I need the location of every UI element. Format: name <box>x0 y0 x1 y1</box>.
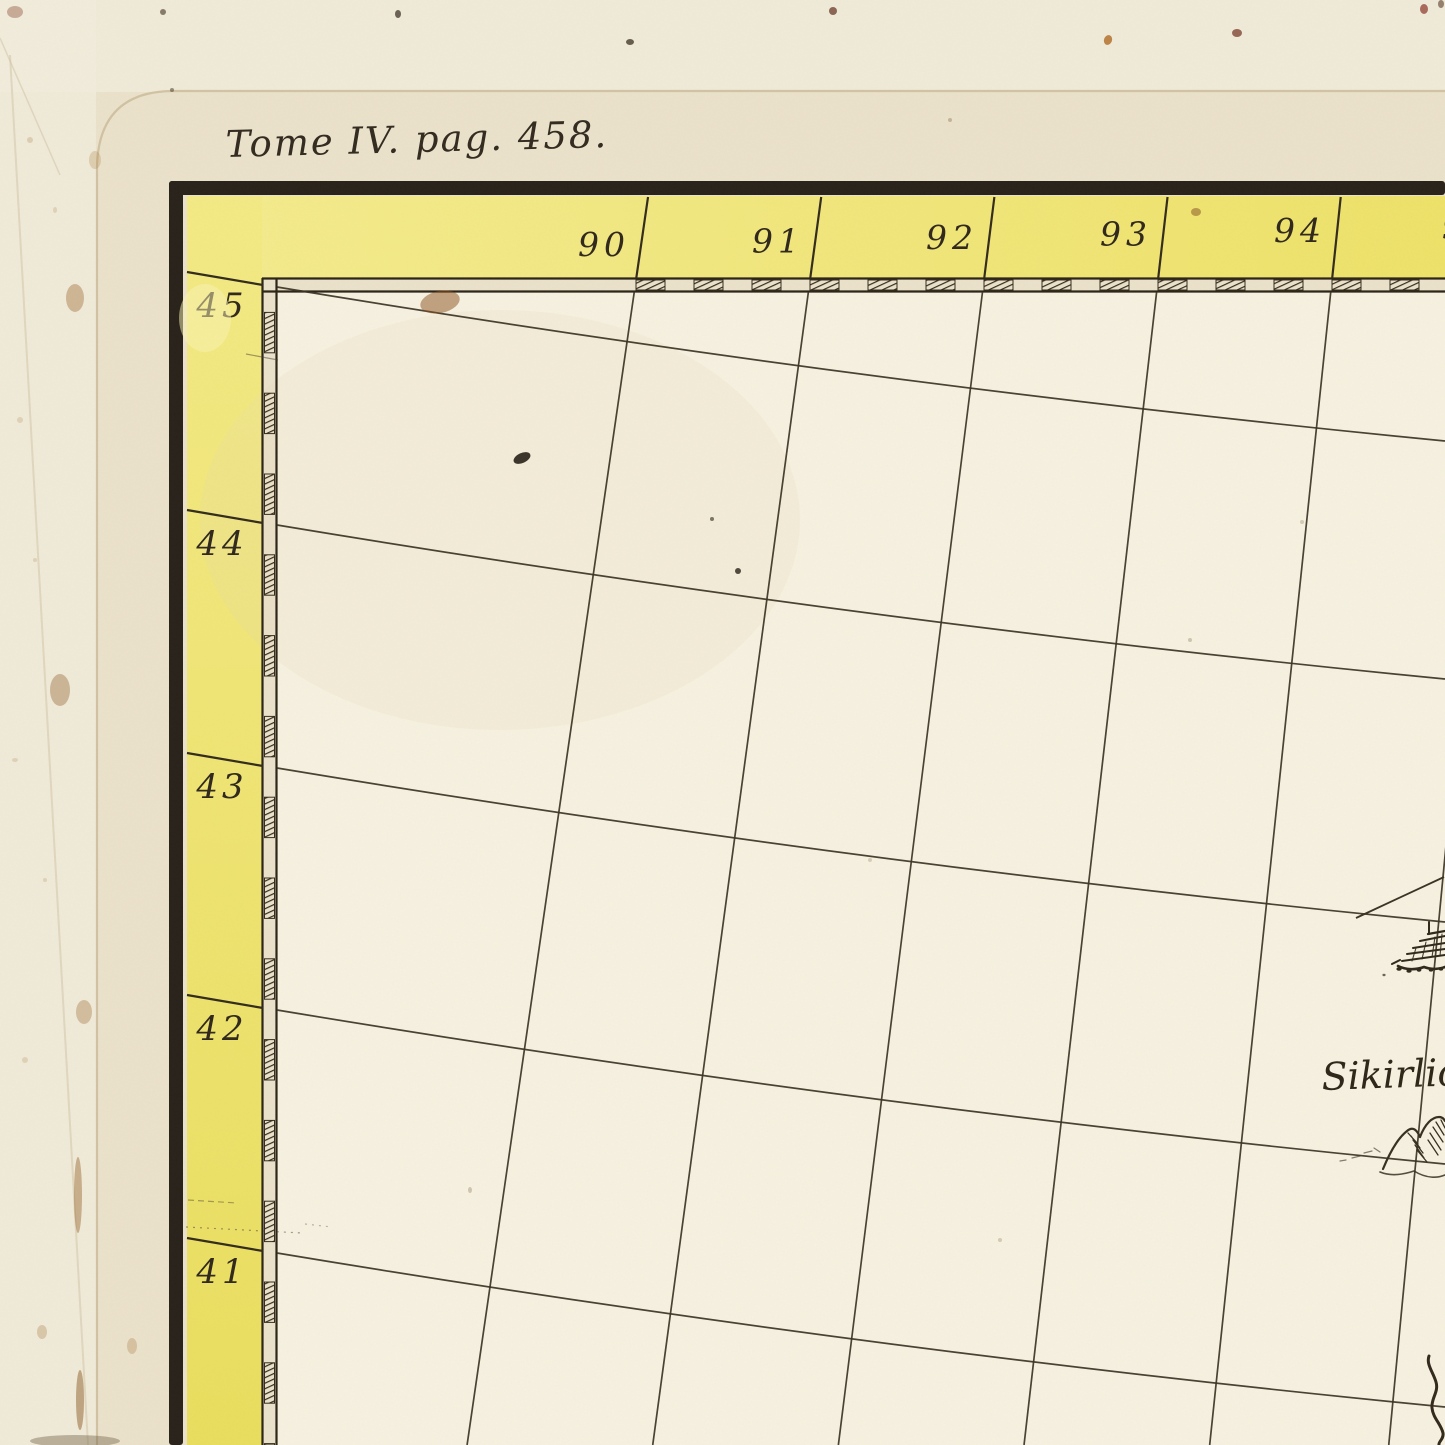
paper-grain-overlay <box>0 0 1445 1445</box>
antique-map-scan: Tome IV. pag. 458. 909192939495454443424… <box>0 0 1445 1445</box>
screenshot-root: Tome IV. pag. 458. 909192939495454443424… <box>0 0 1445 1445</box>
